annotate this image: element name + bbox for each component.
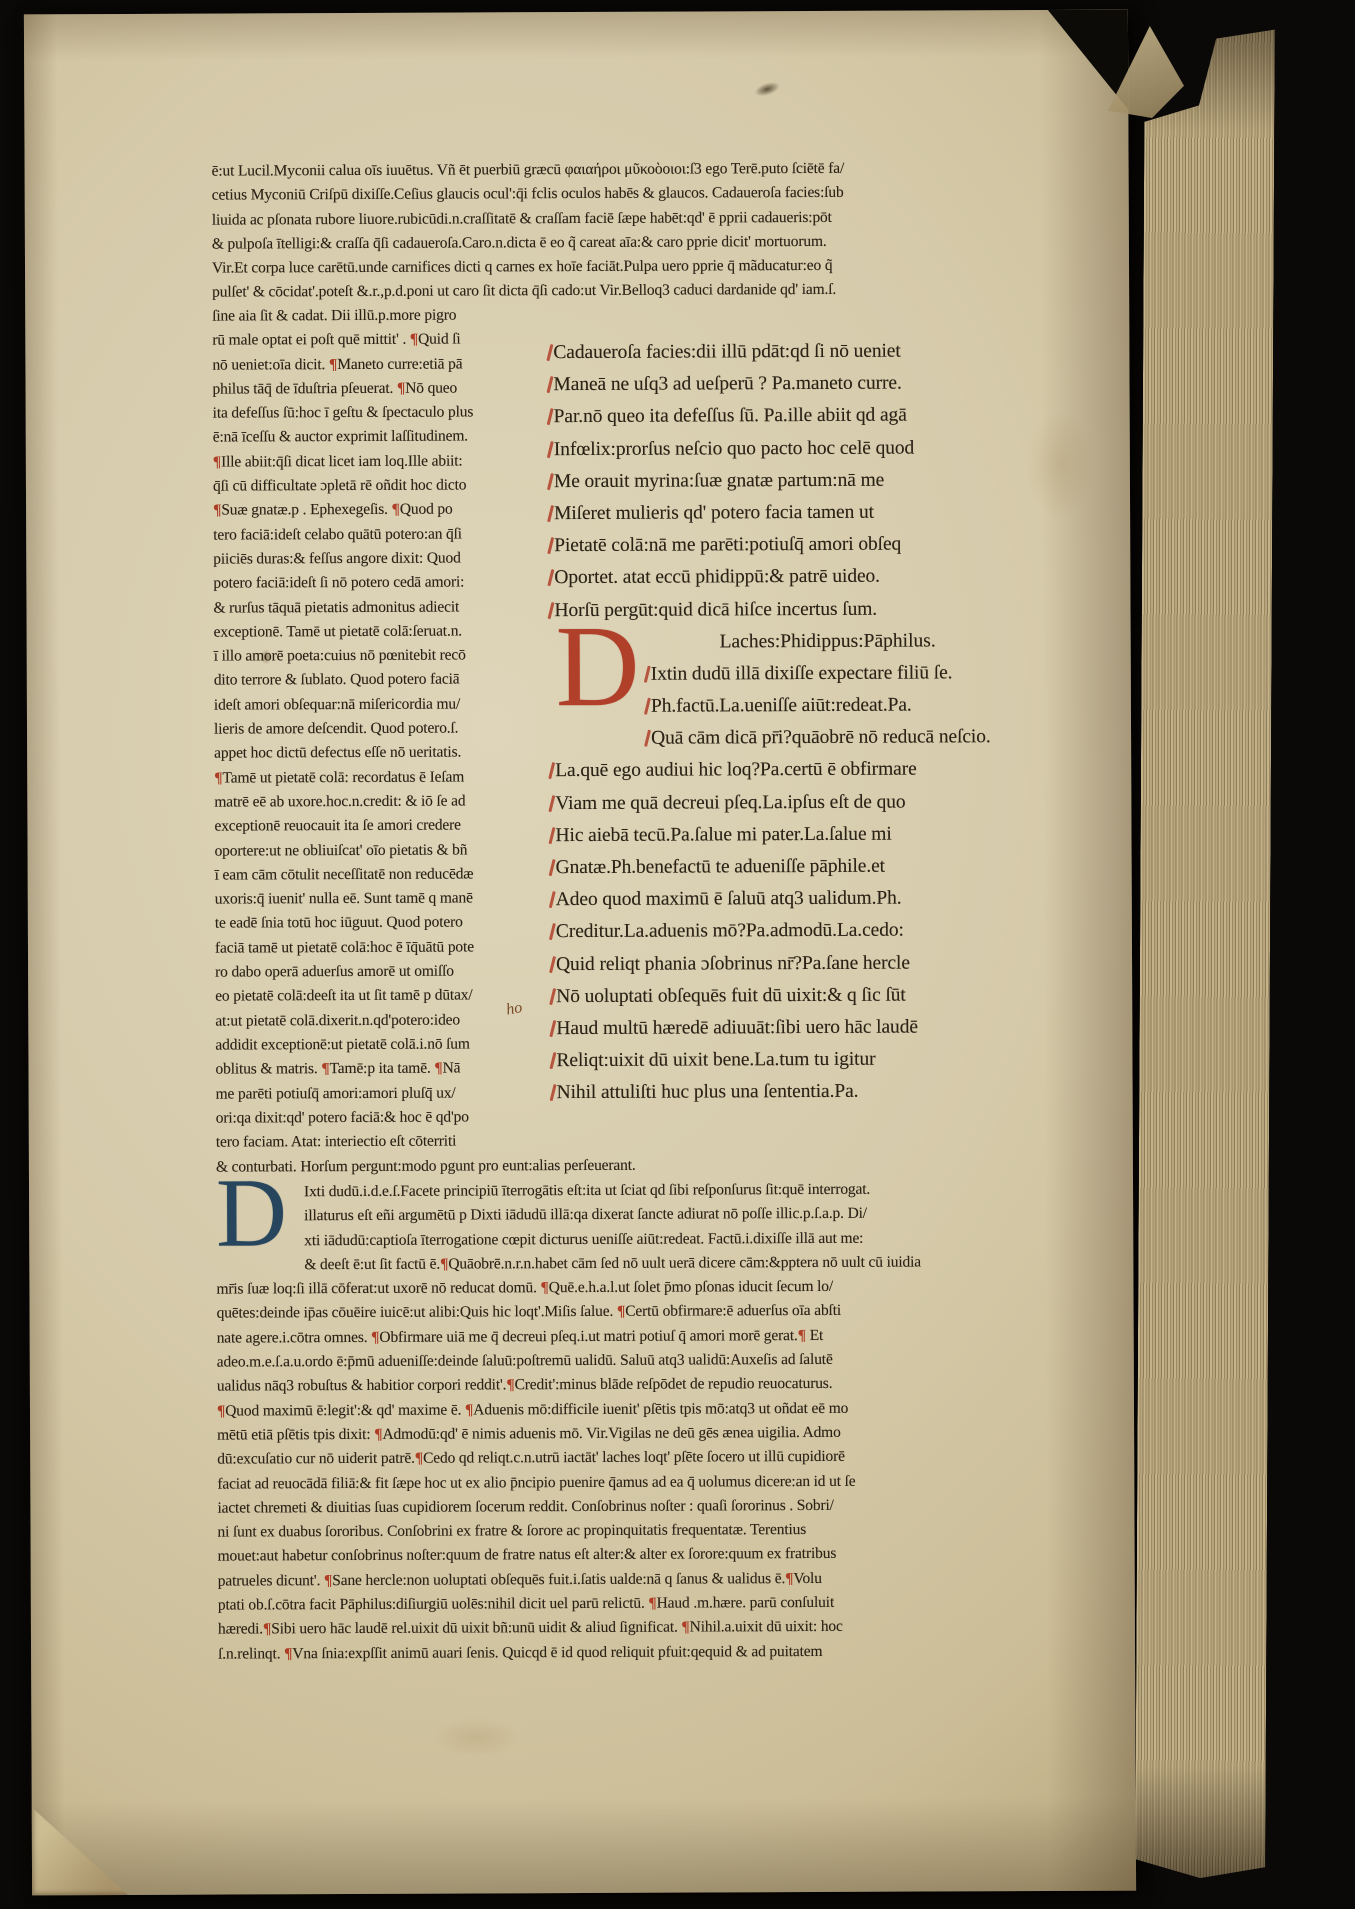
- text-line: uxoris:q̄ iuenit' nulla eē. Sunt tamē q …: [215, 886, 547, 912]
- text-line: me parēti potiuſq̄ amori:amori pluſq̄ ux…: [216, 1081, 548, 1107]
- pilcrow-mark: ¶: [284, 1645, 292, 1662]
- text-line: Oportet. atat eccū phidippū:& patrē uide…: [553, 560, 1005, 594]
- text-line: mr̄is ſuæ loq:ſi illā cōferat:ut uxorē n…: [216, 1274, 1018, 1302]
- text-line: nō ueniet:oīa dicit. ¶Maneto curre:etiā …: [212, 352, 544, 378]
- pilcrow-mark: ¶: [321, 1060, 329, 1077]
- text-line: Reliqt:uixit dū uixit bene.La.tum tu igi…: [555, 1043, 1007, 1077]
- text-line: Horſū pergūt:quid dicā hiſce incertus ſu…: [553, 593, 1005, 627]
- text-line: dito terrore & ſublato. Quod potero faci…: [214, 668, 546, 694]
- initial-d-glyph: D: [216, 1178, 304, 1248]
- text-line: ita defeſſus ſū:hoc ī geſtu & ſpectaculo…: [213, 400, 545, 426]
- text-line: ro dabo operā aduerſus amorē ut omiſſo: [215, 959, 547, 985]
- commentary-bottom-block: D Ixti dudū.i.d.e.ſ.Facete principiū īte…: [216, 1177, 1020, 1666]
- text-line: Ixti dudū.i.d.e.ſ.Facete principiū īterr…: [216, 1177, 1018, 1205]
- pilcrow-mark: ¶: [506, 1377, 514, 1394]
- pilcrow-mark: ¶: [410, 331, 418, 348]
- text-line: faciat ad reuocādā filiā:& fit ſæpe hoc …: [217, 1469, 1019, 1497]
- text-line: ¶Quod maximū ē:legit':& qd' maxime ē. ¶A…: [217, 1396, 1019, 1424]
- text-line: ¶Ille abiit:q̄ſi dicat licet iam loq.Ill…: [213, 449, 545, 475]
- pilcrow-mark: ¶: [681, 1619, 689, 1636]
- rubric-stroke: [550, 1084, 557, 1101]
- text-line: cetius Myconiū Criſpū dixiſſe.Ceſius gla…: [212, 180, 1012, 208]
- text-line: at:ut pietatē colā.dixerit.n.qd'potero:i…: [215, 1008, 547, 1034]
- rubric-stroke: [548, 602, 555, 619]
- handwritten-margin-note: ho: [505, 999, 524, 1020]
- pilcrow-mark: ¶: [371, 1329, 379, 1346]
- text-line: appet hoc dictū defectus eſſe nō ueritat…: [214, 740, 546, 766]
- text-line: Haud multū hæredē adiuuāt:ſibi uero hāc …: [555, 1011, 1007, 1045]
- text-line: ori:qa dixit:qd' potero faciā:& hoc ē qd…: [216, 1105, 548, 1131]
- text-line: philus tāq̄ de īduſtria pſeuerat. ¶Nō qu…: [212, 376, 544, 402]
- text-line: ¶Suæ gnatæ.p . Ephexegeſis. ¶Quod po: [213, 498, 545, 524]
- text-line: Miſeret mulieris qd' potero facia tamen …: [553, 496, 1005, 530]
- text-line: patrueles dicunt'. ¶Sane hercle:non uolu…: [218, 1566, 1020, 1594]
- text-line: La.quē ego audiui hic loq?Pa.certū ē obf…: [554, 754, 1006, 788]
- text-line: piiciēs duras:& feſſus angore dixit: Quo…: [213, 546, 545, 572]
- text-line: pulſet' & cōcidat'.poteſt &.r.,p.d.poni …: [212, 278, 1012, 306]
- text-line: & rurſus tāquā pietatis admonitus adieci…: [213, 595, 545, 621]
- pilcrow-mark: ¶: [434, 1060, 442, 1077]
- text-line: ualidus nāq3 robuſtus & habitior corpori…: [217, 1371, 1019, 1399]
- text-line: ſ.n.relinqt. ¶Vna ſnia:expſſit animū aua…: [218, 1639, 1020, 1667]
- text-line: illaturus eſt eñi argumētū p Dixti iādud…: [216, 1201, 1018, 1229]
- pilcrow-mark: ¶: [465, 1401, 473, 1418]
- book-page: ē:ut Lucil.Myconii calua oīs iuuētus. Vñ…: [24, 10, 1136, 1896]
- rubric-stroke: [548, 795, 555, 812]
- text-line: exceptionē reuocauit ita ſe amori creder…: [214, 813, 546, 839]
- text-line: exceptionē. Tamē ut pietatē colā:ſeruat.…: [214, 619, 546, 645]
- text-line: ē:nā īceſſu & auctor exprimit laſſitudin…: [213, 425, 545, 451]
- rubric-stroke: [549, 891, 556, 908]
- text-line: nate agere.i.cōtra omnes. ¶Obfirmare uiā…: [217, 1323, 1019, 1351]
- text-line: Cadaueroſa facies:dii illū pdāt:qd ſi nō…: [552, 335, 1004, 369]
- text-line: & deeſt ē:ut ſit factū ē.¶Quāobrē.n.r.n.…: [216, 1250, 1018, 1278]
- text-line: adeo.m.e.ſ.a.u.ordo ē:p̄mū adueniſſe:dei…: [217, 1347, 1019, 1375]
- rubric-stroke: [547, 408, 554, 425]
- text-line: iactet chremeti & diuitias ſuas cupidior…: [217, 1493, 1019, 1521]
- book-fore-edge-pages: [1135, 20, 1275, 1879]
- text-line: oblitus & matris. ¶Tamē:p ita tamē. ¶Nā: [215, 1056, 547, 1082]
- rubric-stroke: [549, 988, 556, 1005]
- text-line: Nō uoluptati obſequēs fuit dū uixit:& q …: [555, 979, 1007, 1013]
- rubric-stroke: [548, 762, 555, 779]
- initial-d-glyph: D: [556, 622, 650, 710]
- text-line: Vir.Et corpa luce carētū.unde carnifices…: [212, 253, 1012, 281]
- rubric-stroke: [644, 730, 651, 747]
- pilcrow-mark: ¶: [217, 1402, 225, 1419]
- rubric-stroke: [549, 1020, 556, 1037]
- pilcrow-mark: ¶: [440, 1255, 448, 1272]
- text-line: Hic aiebā tecū.Pa.ſalue mi pater.La.ſalu…: [554, 818, 1006, 852]
- rubric-stroke: [547, 376, 554, 393]
- text-line: eo pietatē colā:deeſt ita ut ſit tamē p …: [215, 983, 547, 1009]
- text-line: hæredi.¶Sibi uero hāc laudē rel.uixit dū…: [218, 1614, 1020, 1642]
- rubric-stroke: [547, 505, 554, 522]
- rubric-stroke: [547, 569, 554, 586]
- pilcrow-mark: ¶: [392, 501, 400, 518]
- text-line: potero faciā:ideſt ſi nō potero cedā amo…: [213, 570, 545, 596]
- rubric-stroke: [549, 827, 556, 844]
- text-line: Adeo quod maximū ē ſaluū atq3 ualidum.Ph…: [555, 882, 1007, 916]
- text-line: Quid reliqt phania ɔſobrinus nr̄?Pa.ſane…: [555, 947, 1007, 981]
- text-line: liuida ac pſonata rubore liuore.rubicūdi…: [212, 205, 1012, 233]
- parchment-stain: [431, 1717, 521, 1757]
- text-line: Par.nō queo ita defeſſus ſū. Pa.ille abi…: [553, 400, 1005, 434]
- text-line: ptati ob.ſ.cōtra facit Pāphilus:diſiurgi…: [218, 1590, 1020, 1618]
- text-line: q̄ſi cū difficultate ɔpletā rē oñdit hoc…: [213, 473, 545, 499]
- text-line: rū male optat ei poſt quē mittit' . ¶Qui…: [212, 327, 544, 353]
- rubric-stroke: [546, 344, 553, 361]
- rubric-stroke: [549, 859, 556, 876]
- text-line: lieris de amore deſcendit. Quod potero.ſ…: [214, 716, 546, 742]
- text-line: ideſt amori obſequar:nā miſericordia mu/: [214, 692, 546, 718]
- text-line: te eadē ſnia totū hoc iūguut. Quod poter…: [215, 911, 547, 937]
- text-line: & pulpoſa ītelligi:& craſſa q̄ſi cadauer…: [212, 229, 1012, 257]
- text-line: faciā tamē ut pietatē colā:hoc ē īq̄uātū…: [215, 935, 547, 961]
- text-line: Viam me quā decreui pſeq.La.ipſus eſt de…: [554, 786, 1006, 820]
- text-line: Creditur.La.aduenis mō?Pa.admodū.La.cedo…: [555, 915, 1007, 949]
- pilcrow-mark: ¶: [329, 356, 337, 373]
- text-line: tero faciam. Atat: interiectio eſt cōter…: [216, 1129, 548, 1155]
- rubric-stroke: [549, 1052, 556, 1069]
- pilcrow-mark: ¶: [324, 1572, 332, 1589]
- text-line: oportere:ut ne obliuiſcat' oīo pietatis …: [215, 838, 547, 864]
- text-line: ¶Tamē ut pietatē colā: recordatus ē Ieſa…: [214, 765, 546, 791]
- pilcrow-mark: ¶: [374, 1426, 382, 1443]
- photo-background: ē:ut Lucil.Myconii calua oīs iuuētus. Vñ…: [0, 0, 1355, 1909]
- rubric-stroke: [549, 956, 556, 973]
- text-line: addidit exceptionē:ut pietatē colā.i.nō …: [215, 1032, 547, 1058]
- commentary-top-block: ē:ut Lucil.Myconii calua oīs iuuētus. Vñ…: [212, 156, 1013, 305]
- rubric-stroke: [547, 473, 554, 490]
- bottom-lines: & deeſt ē:ut ſit factū ē.¶Quāobrē.n.r.n.…: [216, 1250, 1020, 1667]
- rubric-stroke: [549, 923, 556, 940]
- text-line: Gnatæ.Ph.benefactū te adueniſſe pāphile.…: [555, 850, 1007, 884]
- text-line: dū:excuſatio cur nō uiderit patrē.¶Cedo …: [217, 1444, 1019, 1472]
- text-line: ni ſunt ex duabus ſororibus. Conſobrini …: [217, 1517, 1019, 1545]
- text-line: mouet:aut habetur conſobrinus noſter:quu…: [218, 1542, 1020, 1570]
- text-line: ī illo amorē poeta:cuius nō pœnitebit re…: [214, 643, 546, 669]
- text-line: tero faciā:ideſt celabo quātū potero:an …: [213, 522, 545, 548]
- pilcrow-mark: ¶: [263, 1621, 271, 1638]
- ink-smudge: [753, 79, 781, 99]
- text-line: mētū etiā pſētis tpis dixit: ¶Admodū:qd'…: [217, 1420, 1019, 1448]
- commentary-left-column: ſine aia ſit & cadat. Dii illū.p.more pi…: [212, 303, 548, 1155]
- text-line: Maneā ne uſq3 ad ueſperū ? Pa.maneto cur…: [552, 367, 1004, 401]
- pilcrow-mark: ¶: [785, 1570, 793, 1587]
- pilcrow-mark: ¶: [213, 453, 221, 470]
- parchment-stain: [1026, 410, 1096, 520]
- pilcrow-mark: ¶: [648, 1595, 656, 1612]
- text-line: quētes:deinde ip̄as cōuēire iuicē:ut ali…: [217, 1299, 1019, 1327]
- rubricated-initial-red: D: [554, 626, 650, 723]
- pilcrow-mark: ¶: [213, 502, 221, 519]
- bottom-indented-lines: Ixti dudū.i.d.e.ſ.Facete principiū īterr…: [216, 1177, 1018, 1253]
- text-line: Infœlix:prorſus neſcio quo pacto hoc cel…: [553, 432, 1005, 466]
- text-line: matrē eē ab uxore.hoc.n.credit: & iō ſe …: [214, 789, 546, 815]
- text-line: Nihil attuliſti huc plus una ſententia.P…: [556, 1075, 1008, 1109]
- rubric-stroke: [547, 537, 554, 554]
- text-line: Pietatē colā:nā me parēti:potiuſq̄ amori…: [553, 528, 1005, 562]
- rubric-stroke: [547, 441, 554, 458]
- folded-corner: [32, 1807, 128, 1895]
- text-line: ī eam cām cōtulit neceſſitatē non reducē…: [215, 862, 547, 888]
- terence-verse-column: Cadaueroſa facies:dii illū pdāt:qd ſi nō…: [552, 335, 1007, 1109]
- pilcrow-mark: ¶: [214, 769, 222, 786]
- text-line: Me orauit myrina:ſuæ gnatæ partum:nā me: [553, 464, 1005, 498]
- pilcrow-mark: ¶: [540, 1279, 548, 1296]
- text-line: ē:ut Lucil.Myconii calua oīs iuuētus. Vñ…: [212, 156, 1012, 184]
- pilcrow-mark: ¶: [617, 1303, 625, 1320]
- verse-lines-before: Cadaueroſa facies:dii illū pdāt:qd ſi nō…: [552, 335, 1005, 627]
- rubricated-initial-blue: D: [216, 1180, 304, 1254]
- pilcrow-mark: ¶: [397, 380, 405, 397]
- text-line: ſine aia ſit & cadat. Dii illū.p.more pi…: [212, 303, 544, 329]
- pilcrow-mark: ¶: [798, 1327, 806, 1344]
- text-line: xti iādudū:captioſa īterrogatione cœpit …: [216, 1226, 1018, 1254]
- pilcrow-mark: ¶: [415, 1450, 423, 1467]
